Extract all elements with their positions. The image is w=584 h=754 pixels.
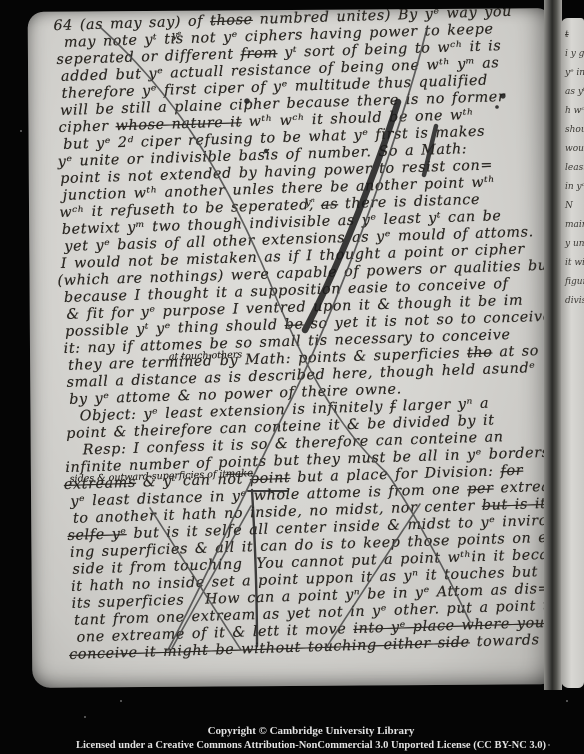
manuscript-text: 64 (as may say) of those numbred unites)…: [53, 8, 554, 688]
facing-page-fragment: least d: [565, 159, 584, 178]
handwritten-text: larger yⁿ a: [396, 396, 490, 415]
copyright-line: Copyright © Cambridge University Library: [38, 724, 584, 739]
dust-speck: [20, 130, 22, 132]
facing-page-fragment: N: [565, 197, 584, 216]
dust-speck: [548, 744, 550, 746]
facing-page-fragment: t: [565, 26, 584, 45]
struck-text: per: [467, 481, 494, 498]
handwritten-text: towards yᵉ: [470, 631, 555, 650]
handwritten-text: cipher: [58, 118, 115, 136]
facing-page-fragment: main: [565, 216, 584, 235]
interlinear-insertion: at touch others: [169, 349, 243, 362]
license-line: Licensed under a Creative Commons Attrib…: [38, 739, 584, 752]
struck-text: as: [321, 196, 339, 213]
struck-text: tho: [467, 345, 493, 362]
facing-page-fragment: in yᵈ: [565, 178, 584, 197]
facing-page-fragment: yᵉ in: [565, 64, 584, 83]
facing-page-fragment: y un: [565, 235, 584, 254]
interlinear-insertion: make: [225, 468, 253, 480]
manuscript-photo: 64 (as may say) of those numbred unites)…: [0, 0, 584, 754]
struck-text: be: [284, 316, 303, 333]
dust-speck: [566, 700, 568, 702]
facing-page-fragment: figur: [565, 273, 584, 292]
copyright-footer: Copyright © Cambridge University Library…: [38, 724, 584, 752]
facing-page-fragment: should: [565, 121, 584, 140]
facing-page-fragment: divisib: [565, 292, 584, 311]
struck-text: point: [250, 470, 291, 487]
book-gutter: [544, 0, 562, 690]
struck-text: selfe yᵉ: [67, 526, 127, 544]
facing-page-fragment: would: [565, 140, 584, 159]
facing-page-fragment: it will: [565, 254, 584, 273]
handwritten-text: at so: [492, 343, 539, 360]
facing-page-text-fragments: ti y gyᵉ inas yᵗ hh wᶜshouldwouldleast d…: [565, 26, 584, 311]
interlinear-insertion: yⁿ: [305, 197, 315, 208]
struck-text: from: [240, 45, 277, 62]
struck-text: but is it: [482, 496, 547, 514]
struck-text: those: [210, 12, 253, 29]
interlinear-insertion: yᵉ: [172, 30, 182, 41]
struck-text: for: [500, 463, 523, 480]
facing-page-edge: ti y gyᵉ inas yᵗ hh wᶜshouldwouldleast d…: [561, 18, 584, 688]
facing-page-fragment: as yᵗ h: [565, 83, 584, 102]
facing-page-fragment: i y g: [565, 45, 584, 64]
dust-speck: [120, 700, 122, 702]
manuscript-page: 64 (as may say) of those numbred unites)…: [28, 8, 555, 688]
dust-speck: [84, 716, 86, 718]
facing-page-fragment: h wᶜ: [565, 102, 584, 121]
manuscript-lines: 64 (as may say) of those numbred unites)…: [53, 8, 554, 664]
